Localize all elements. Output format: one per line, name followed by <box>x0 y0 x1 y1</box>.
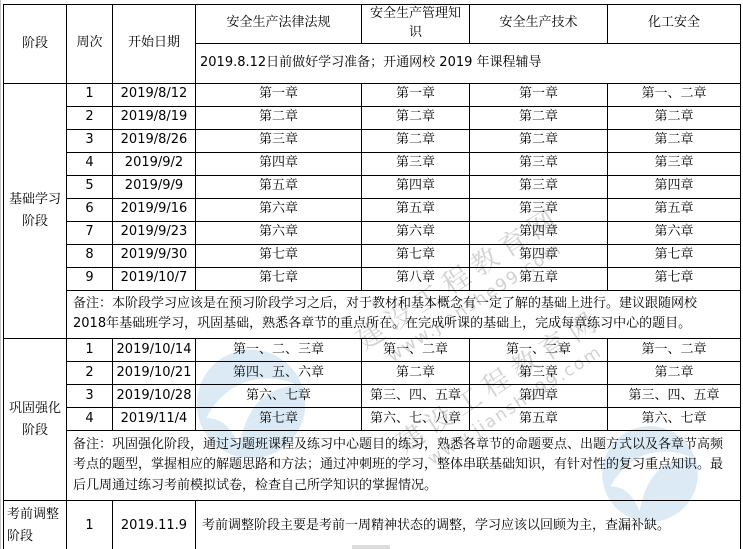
date-cell: 2019/9/2 <box>113 152 196 175</box>
chapter-cell: 第五章 <box>470 267 608 290</box>
chapter-cell: 第四章 <box>470 221 608 244</box>
week-cell: 2 <box>67 362 113 385</box>
chapter-cell: 第三、四、五章 <box>362 385 470 408</box>
chapter-cell: 第六章 <box>608 221 741 244</box>
chapter-cell: 第三章 <box>196 129 362 152</box>
date-cell: 2019/10/14 <box>113 339 196 362</box>
chapter-cell: 第二章 <box>362 129 470 152</box>
chapter-cell: 第一、二章 <box>362 339 470 362</box>
chapter-cell: 第四章 <box>470 385 608 408</box>
header-subject-technology: 安全生产技术 <box>470 5 608 44</box>
phase3-note-cell: 考前调整阶段主要是考前一周精神状态的调整，学习应该以回顾为主，查漏补缺。 <box>196 501 741 549</box>
week-cell: 1 <box>67 501 113 549</box>
chapter-cell: 第六章 <box>196 221 362 244</box>
chapter-cell: 第四、五、六章 <box>196 362 362 385</box>
chapter-cell: 第四章 <box>196 152 362 175</box>
chapter-cell: 第六、七、八章 <box>362 408 470 431</box>
date-cell: 2019.11.9 <box>113 501 196 549</box>
sheet-bottom-chip <box>352 545 390 549</box>
date-cell: 2019/8/12 <box>113 83 196 106</box>
phase-label-consolidation: 巩固强化阶段 <box>4 339 67 501</box>
phase-label-preexam: 考前调整阶段 <box>4 501 67 549</box>
date-cell: 2019/8/19 <box>113 106 196 129</box>
week-cell: 4 <box>67 408 113 431</box>
date-cell: 2019/8/26 <box>113 129 196 152</box>
chapter-cell: 第三章 <box>470 198 608 221</box>
chapter-cell: 第二章 <box>470 129 608 152</box>
phase1-note-cell: 备注：本阶段学习应该是在预习阶段学习之后，对于教材和基本概念有一定了解的基础上进… <box>67 290 741 339</box>
chapter-cell: 第六章 <box>362 221 470 244</box>
chapter-cell: 第二章 <box>608 362 741 385</box>
phase2-note-cell: 备注：巩固强化阶段，通过习题班课程及练习中心题目的练习，熟悉各章节的命题要点、出… <box>67 431 741 501</box>
chapter-cell: 第四章 <box>608 175 741 198</box>
chapter-cell: 第三、四、五章 <box>608 385 741 408</box>
header-week: 周次 <box>67 5 113 84</box>
chapter-cell: 第一、二章 <box>608 83 741 106</box>
date-cell: 2019/10/28 <box>113 385 196 408</box>
chapter-cell: 第五章 <box>196 175 362 198</box>
date-cell: 2019/9/16 <box>113 198 196 221</box>
week-cell: 8 <box>67 244 113 267</box>
date-cell: 2019/9/23 <box>113 221 196 244</box>
chapter-cell: 第二章 <box>362 106 470 129</box>
chapter-cell: 第六、七章 <box>196 385 362 408</box>
header-subject-law: 安全生产法律法规 <box>196 5 362 44</box>
chapter-cell: 第七章 <box>608 244 741 267</box>
chapter-cell: 第一、二、三章 <box>196 339 362 362</box>
chapter-cell: 第二章 <box>608 106 741 129</box>
chapter-cell: 第七章 <box>196 408 362 431</box>
chapter-cell: 第二章 <box>196 106 362 129</box>
header-phase: 阶段 <box>4 5 67 84</box>
chapter-cell: 第五章 <box>470 408 608 431</box>
chapter-cell: 第一章 <box>470 83 608 106</box>
chapter-cell: 第一、二章 <box>608 339 741 362</box>
week-cell: 1 <box>67 83 113 106</box>
header-subject-management: 安全生产管理知识 <box>362 5 470 44</box>
week-cell: 4 <box>67 152 113 175</box>
chapter-cell: 第八章 <box>362 267 470 290</box>
chapter-cell: 第一章 <box>362 83 470 106</box>
chapter-cell: 第二章 <box>470 106 608 129</box>
phase-label-basic: 基础学习阶段 <box>4 83 67 339</box>
chapter-cell: 第三章 <box>362 152 470 175</box>
chapter-cell: 第一、二章 <box>470 339 608 362</box>
week-cell: 9 <box>67 267 113 290</box>
chapter-cell: 第四章 <box>362 175 470 198</box>
prep-note-cell: 2019.8.12日前做好学习准备；开通网校 2019 年课程辅导 <box>196 43 741 83</box>
chapter-cell: 第七章 <box>362 244 470 267</box>
chapter-cell: 第三章 <box>470 152 608 175</box>
header-date: 开始日期 <box>113 5 196 84</box>
chapter-cell: 第七章 <box>196 244 362 267</box>
header-subject-chemical: 化工安全 <box>608 5 741 44</box>
week-cell: 1 <box>67 339 113 362</box>
week-cell: 7 <box>67 221 113 244</box>
chapter-cell: 第七章 <box>608 267 741 290</box>
chapter-cell: 第三章 <box>470 175 608 198</box>
week-cell: 3 <box>67 385 113 408</box>
date-cell: 2019/10/21 <box>113 362 196 385</box>
date-cell: 2019/10/7 <box>113 267 196 290</box>
week-cell: 5 <box>67 175 113 198</box>
sheet-edge-line <box>0 0 1 549</box>
chapter-cell: 第二章 <box>608 129 741 152</box>
chapter-cell: 第六、七章 <box>608 408 741 431</box>
study-plan-table: 阶段 周次 开始日期 安全生产法律法规 安全生产管理知识 安全生产技术 化工安全… <box>3 4 741 549</box>
chapter-cell: 第四章 <box>470 244 608 267</box>
date-cell: 2019/9/9 <box>113 175 196 198</box>
week-cell: 3 <box>67 129 113 152</box>
chapter-cell: 第三章 <box>470 362 608 385</box>
chapter-cell: 第二章 <box>362 362 470 385</box>
chapter-cell: 第六章 <box>196 198 362 221</box>
chapter-cell: 第五章 <box>362 198 470 221</box>
date-cell: 2019/9/30 <box>113 244 196 267</box>
study-plan-sheet: 阶段 周次 开始日期 安全生产法律法规 安全生产管理知识 安全生产技术 化工安全… <box>3 4 741 549</box>
week-cell: 2 <box>67 106 113 129</box>
chapter-cell: 第一章 <box>196 83 362 106</box>
chapter-cell: 第七章 <box>196 267 362 290</box>
chapter-cell: 第三章 <box>608 152 741 175</box>
chapter-cell: 第五章 <box>608 198 741 221</box>
date-cell: 2019/11/4 <box>113 408 196 431</box>
week-cell: 6 <box>67 198 113 221</box>
